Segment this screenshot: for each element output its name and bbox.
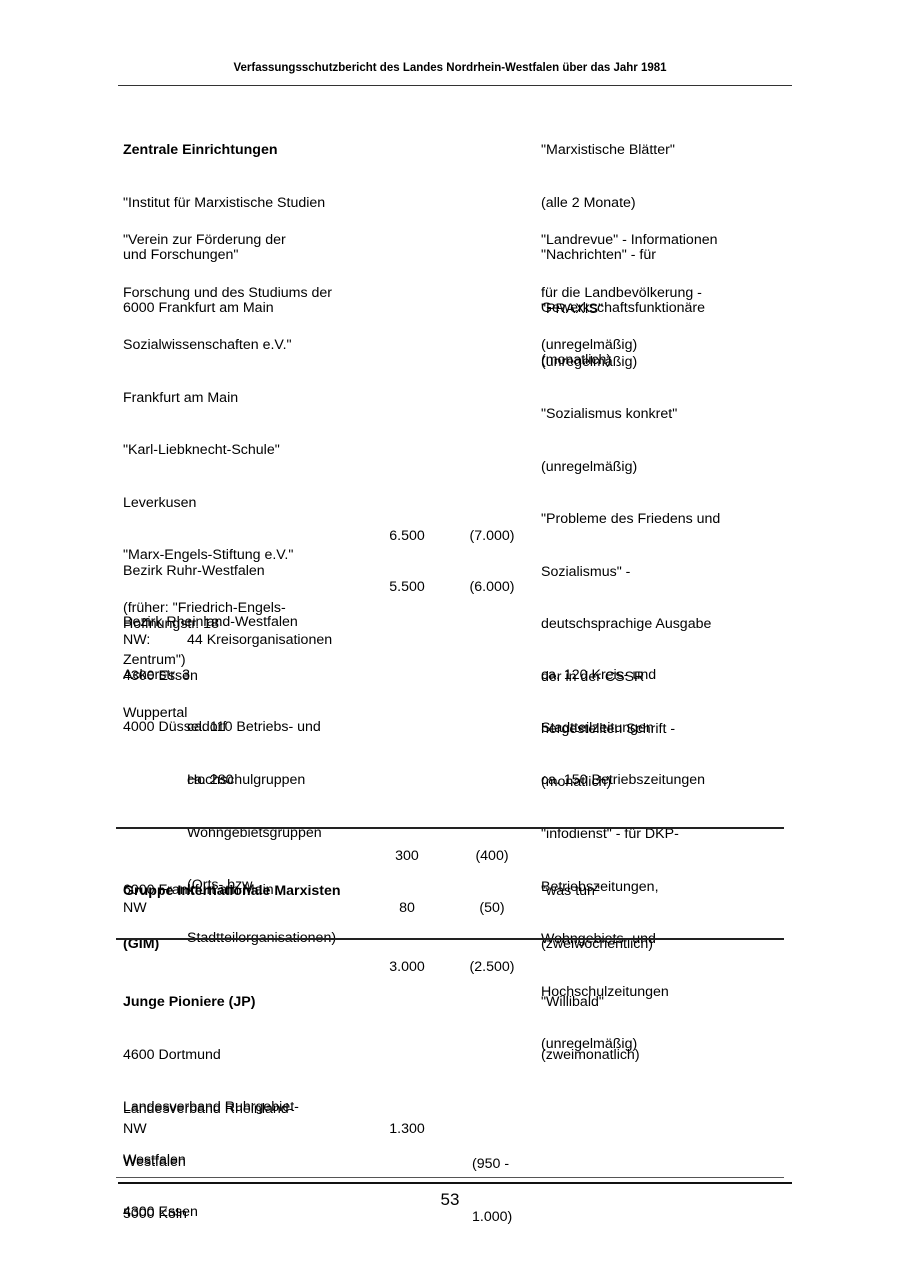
bezirk-rheinland-members: 5.500 bbox=[380, 579, 434, 597]
bezirk-line: Bezirk Ruhr-Westfalen bbox=[123, 563, 265, 581]
publication-line: "Landrevue" - Informationen bbox=[541, 232, 718, 250]
verein-line: Leverkusen bbox=[123, 495, 332, 513]
gim-name: Gruppe Internationale Marxisten (GIM) bbox=[123, 848, 341, 971]
publication-line: Stadtteilzeitungen bbox=[541, 720, 705, 738]
publication-line: "was tun" bbox=[541, 883, 653, 901]
jp-nw-previous-line: (950 - bbox=[472, 1156, 512, 1174]
nw-label: NW: bbox=[123, 632, 150, 650]
jp-previous: (2.500) bbox=[463, 959, 521, 977]
page-header: Verfassungsschutzbericht des Landes Nord… bbox=[0, 62, 900, 74]
gim-nw-previous: (50) bbox=[463, 900, 521, 918]
jp-nw-label: NW bbox=[123, 1121, 147, 1139]
publication-line: deutschsprachige Ausgabe bbox=[541, 616, 720, 634]
publication-line: (zweimonatlich) bbox=[541, 1047, 640, 1065]
jp-members: 3.000 bbox=[380, 959, 434, 977]
publication-line: "Willibald" bbox=[541, 994, 640, 1012]
bezirk-ruhr-members: 6.500 bbox=[380, 528, 434, 546]
gim-location: 6000 Frankfurt am Main bbox=[123, 882, 274, 900]
bezirk-rheinland-previous: (6.000) bbox=[463, 579, 521, 597]
publication-line: "Probleme des Friedens und bbox=[541, 511, 720, 529]
jp-publications: "Willibald" (zweimonatlich) bbox=[541, 959, 640, 1082]
verein-line: Forschung und des Studiums der bbox=[123, 285, 332, 303]
footer-rule bbox=[118, 1182, 792, 1184]
gim-members: 300 bbox=[380, 848, 434, 866]
zentrale-heading: Zentrale Einrichtungen bbox=[123, 142, 325, 160]
jp-nw-previous-line: 1.000) bbox=[472, 1209, 512, 1227]
page-number: 53 bbox=[0, 1190, 900, 1210]
section-divider bbox=[116, 938, 784, 940]
bezirk-ruhr-previous: (7.000) bbox=[463, 528, 521, 546]
verein-line: Sozialwissenschaften e.V." bbox=[123, 337, 332, 355]
publication-line: "PRAXIS" bbox=[541, 301, 720, 319]
jp-line: 4600 Dortmund bbox=[123, 1047, 299, 1065]
publication-line: (unregelmäßig) bbox=[541, 459, 720, 477]
nw-line: ca. 280 bbox=[187, 772, 336, 790]
gim-publications: "was tun" (zweiwöchentlich) bbox=[541, 848, 653, 971]
jp-rheinland: Landesverband Rheinland- Westfalen 5000 … bbox=[123, 1066, 293, 1241]
verein-line: Frankfurt am Main bbox=[123, 390, 332, 408]
bezirk-line: Bezirk Rheinland-Westfalen bbox=[123, 614, 298, 632]
jp-name: Junge Pioniere (JP) bbox=[123, 994, 299, 1012]
publication-line: ca. 150 Betriebszeitungen bbox=[541, 772, 705, 790]
header-rule bbox=[118, 85, 792, 86]
nw-kreis: 44 Kreisorganisationen bbox=[187, 632, 332, 650]
jp-nw-members: 1.300 bbox=[380, 1121, 434, 1139]
jp-line: Westfalen bbox=[123, 1154, 293, 1172]
nw-publications: ca. 120 Kreis- und Stadtteilzeitungen ca… bbox=[541, 632, 705, 807]
publication-line: "Marxistische Blätter" bbox=[541, 142, 705, 160]
verein-line: "Karl-Liebknecht-Schule" bbox=[123, 442, 332, 460]
gim-nw-label: NW bbox=[123, 900, 147, 918]
publication-line: Sozialismus" - bbox=[541, 564, 720, 582]
publication-line: ca. 120 Kreis- und bbox=[541, 667, 705, 685]
jp-line: Landesverband Rheinland- bbox=[123, 1101, 293, 1119]
section-divider bbox=[116, 827, 784, 829]
bezirk-line: Ackerstr. 3 bbox=[123, 667, 298, 685]
gim-nw-members: 80 bbox=[380, 900, 434, 918]
verein-line: "Verein zur Förderung der bbox=[123, 232, 332, 250]
table-bottom-rule bbox=[116, 1177, 784, 1178]
gim-previous: (400) bbox=[463, 848, 521, 866]
publication-line: "Sozialismus konkret" bbox=[541, 406, 720, 424]
publication-line: (unregelmäßig) bbox=[541, 354, 720, 372]
nw-line: ca. 110 Betriebs- und bbox=[187, 719, 321, 737]
